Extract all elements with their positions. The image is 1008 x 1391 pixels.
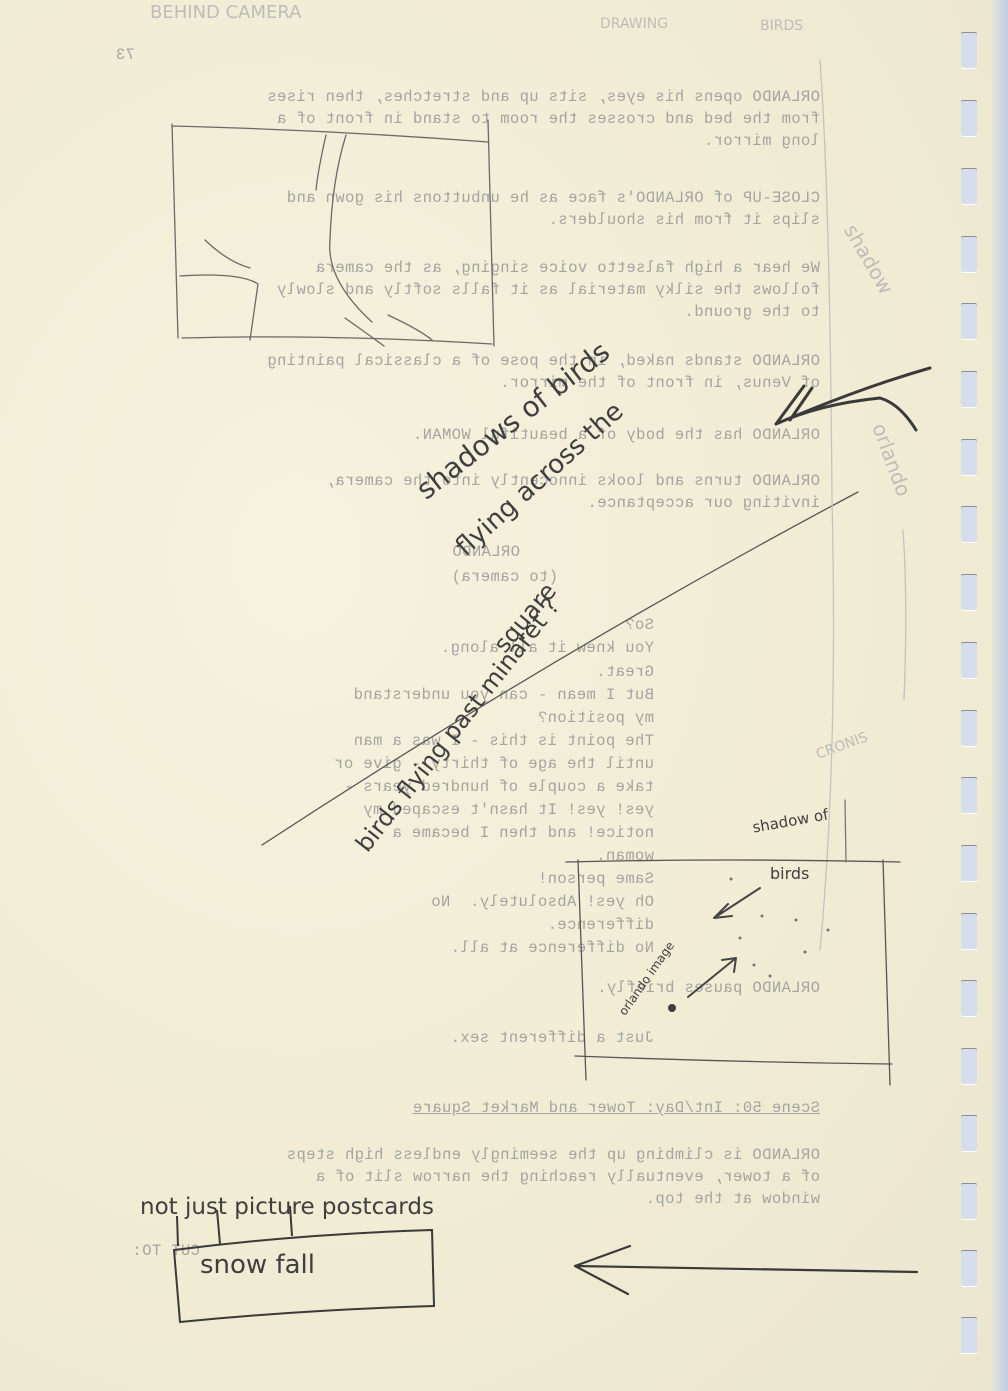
binding-hole bbox=[961, 439, 977, 475]
arrow-left-icon bbox=[575, 1246, 917, 1294]
arrow-left-icon bbox=[776, 368, 930, 430]
binding-hole bbox=[961, 1115, 977, 1151]
binding-hole bbox=[961, 168, 977, 204]
binding-hole bbox=[961, 1250, 977, 1286]
binding-hole bbox=[961, 980, 977, 1016]
note-not-just-postcards: not just picture postcards bbox=[140, 1194, 434, 1220]
binding-hole bbox=[961, 913, 977, 949]
binding-hole bbox=[961, 100, 977, 136]
pencil-drawings bbox=[0, 0, 1008, 1391]
note-birds: birds bbox=[770, 864, 809, 883]
binding-hole bbox=[961, 777, 977, 813]
binding-hole bbox=[961, 236, 977, 272]
binding-hole bbox=[961, 845, 977, 881]
binding-hole bbox=[961, 32, 977, 68]
binding-hole bbox=[961, 642, 977, 678]
dot bbox=[668, 1004, 676, 1012]
binding-hole bbox=[961, 1048, 977, 1084]
binding-hole bbox=[961, 303, 977, 339]
binding-hole bbox=[961, 506, 977, 542]
binding-hole bbox=[961, 1183, 977, 1219]
binding-hole bbox=[961, 710, 977, 746]
binding-hole bbox=[961, 574, 977, 610]
binding-hole bbox=[961, 1317, 977, 1353]
binding-hole bbox=[961, 371, 977, 407]
note-snow-fall: snow fall bbox=[200, 1250, 315, 1280]
